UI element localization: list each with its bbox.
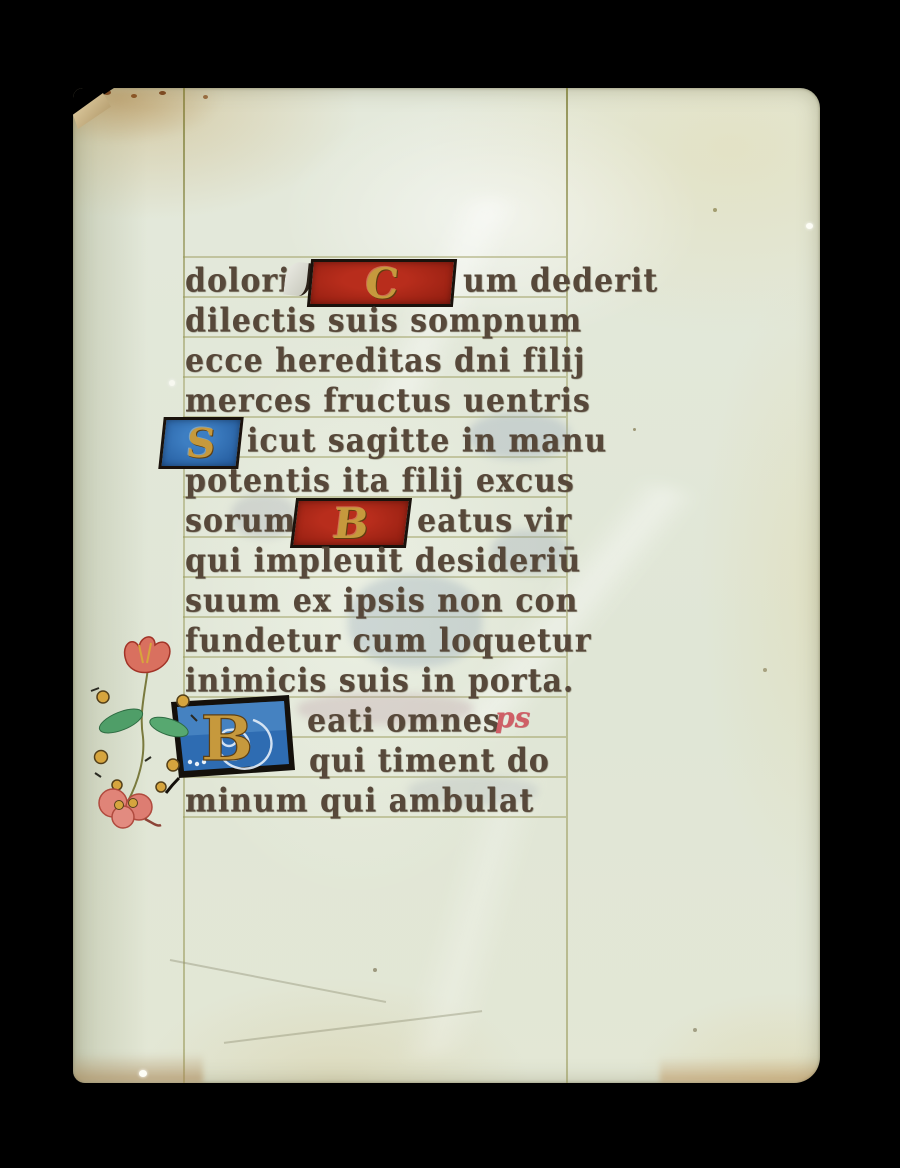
text-line-12: eati omnes (307, 700, 501, 743)
pinhole-glint (169, 380, 175, 386)
gold-dot-icon (95, 751, 108, 764)
text-line-2: dilectis suis sompnum (185, 300, 582, 343)
gold-dot-icon (177, 695, 189, 707)
speck (633, 428, 636, 431)
tulip-flower-icon (125, 637, 170, 673)
stain (73, 1053, 203, 1083)
text-line-1: um dederit (463, 260, 658, 303)
flower-flourish (145, 819, 161, 826)
text-line-10: fundetur cum loquetur (185, 620, 592, 663)
petal (112, 806, 134, 828)
pinhole-glint (806, 223, 813, 229)
speck (373, 968, 377, 972)
floral-border-decoration (87, 633, 205, 829)
manuscript-leaf: doloris C um dederit dilectis suis sompn… (73, 88, 820, 1083)
text-line-8: qui impleuit desideriū (185, 540, 581, 583)
text-line-9: suum ex ipsis non con (185, 580, 578, 623)
ink-tick (95, 773, 101, 777)
text-line-13: qui timent do (309, 740, 550, 783)
leaf-icon (96, 704, 145, 738)
bottom-flower-icon (99, 789, 161, 828)
ink-tick (145, 757, 151, 761)
speck (693, 1028, 697, 1032)
speck (159, 91, 166, 95)
pinhole-glint (139, 1070, 147, 1077)
speck (763, 668, 767, 672)
stain (660, 1057, 820, 1083)
gold-dot-icon (97, 691, 109, 703)
gold-dot-icon (167, 759, 179, 771)
initial-letter: B (201, 702, 253, 775)
rubric-ps: ps (495, 698, 530, 738)
gold-dot-icon (115, 801, 124, 810)
text-line-4: merces fructus uentris (185, 380, 591, 423)
ink-tick (91, 688, 99, 691)
speck (253, 608, 256, 611)
photo-background: doloris C um dederit dilectis suis sompn… (0, 0, 900, 1168)
speck (203, 95, 208, 99)
gold-dot-icon (156, 782, 166, 792)
flower-stem (127, 661, 149, 803)
speck (131, 94, 137, 98)
text-line-3: ecce hereditas dni filij (185, 340, 586, 383)
leaf-icon (148, 713, 191, 741)
text-line-14: minum qui ambulat (185, 780, 534, 823)
text-line-7: eatus vir (417, 500, 572, 543)
text-line-6: potentis ita filij excus (185, 460, 575, 503)
text-line-5: icut sagitte in manu (247, 420, 607, 463)
ink-tick (191, 715, 197, 721)
gold-dot-icon (129, 799, 138, 808)
speck (713, 208, 717, 212)
text-line-7: sorum (185, 500, 296, 543)
